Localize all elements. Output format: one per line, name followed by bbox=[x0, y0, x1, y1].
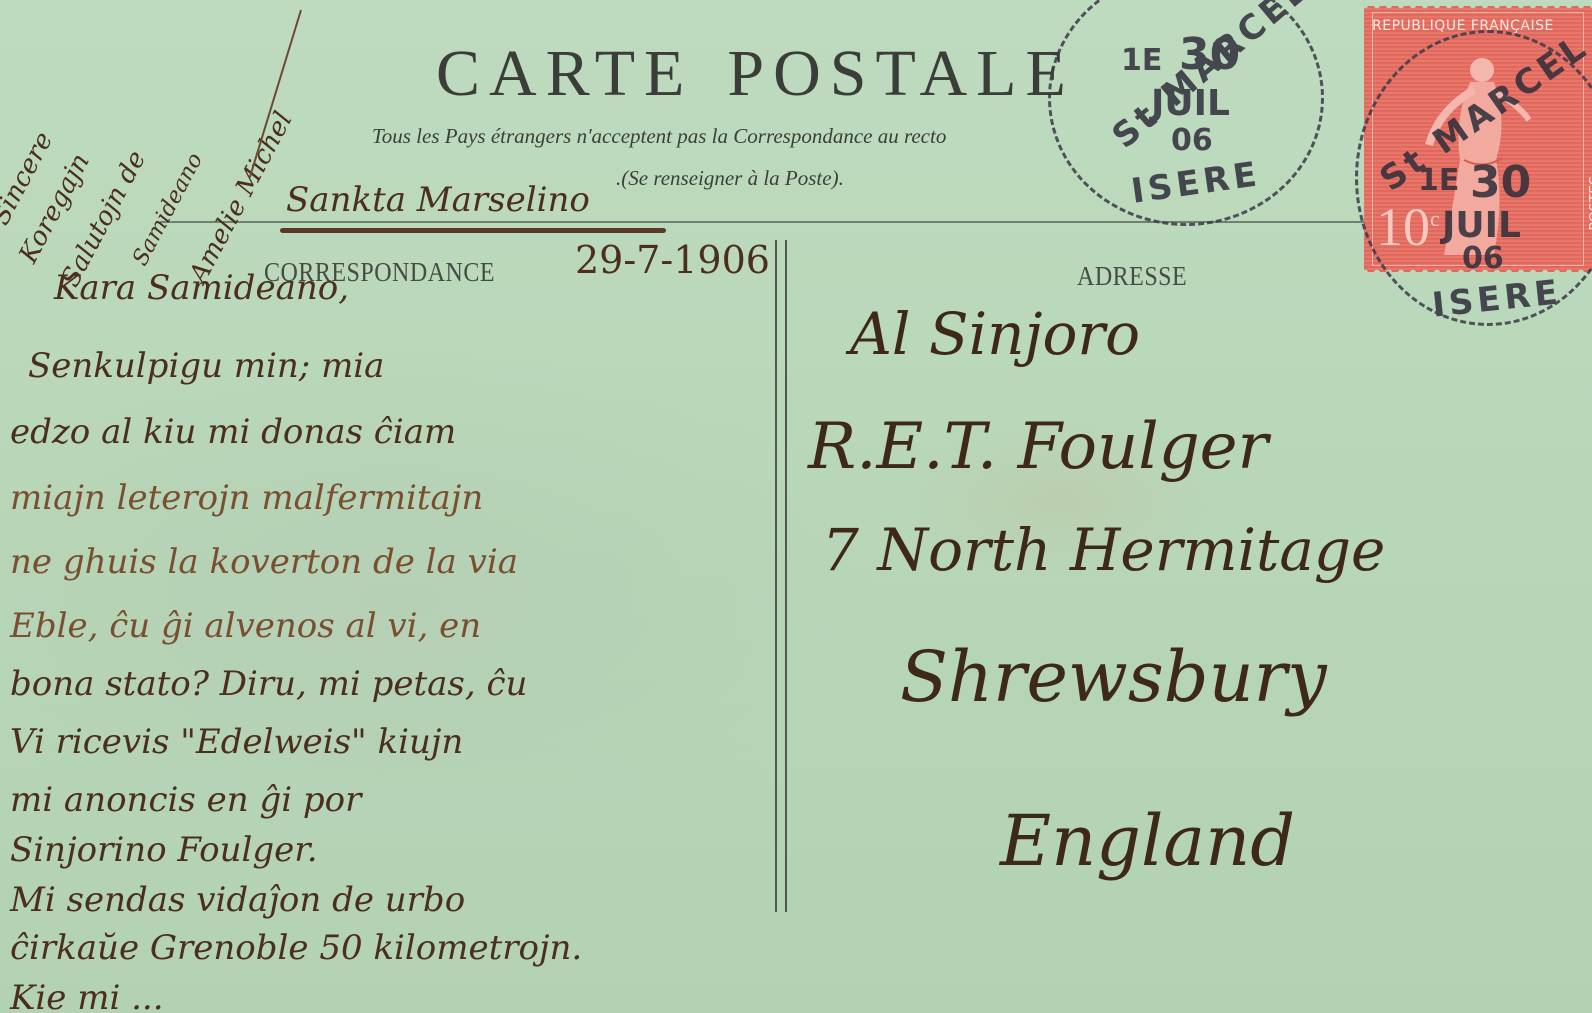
address-line-city: Shrewsbury bbox=[900, 636, 1327, 718]
postmark-year: 06 bbox=[1462, 241, 1504, 276]
address-line-salutation: Al Sinjoro bbox=[850, 300, 1140, 368]
postmark-ring-bottom: ISERE bbox=[1430, 272, 1563, 325]
title-carte: CARTE bbox=[436, 37, 693, 110]
message-line: Kie mi ... bbox=[10, 978, 164, 1013]
postmark-day: 30 bbox=[1470, 157, 1531, 208]
message-line: Senkulpigu min; mia bbox=[28, 346, 384, 386]
message-line: Eble, ĉu ĝi alvenos al vi, en bbox=[10, 606, 481, 646]
postmark-month: JUIL bbox=[1442, 205, 1521, 246]
message-line: bona stato? Diru, mi petas, ĉu bbox=[10, 664, 527, 704]
letter-date: 29-7-1906 bbox=[575, 238, 770, 282]
postmark-hour: 1E bbox=[1418, 163, 1459, 198]
address-line-name: R.E.T. Foulger bbox=[808, 410, 1268, 484]
message-line: mi anoncis en ĝi por bbox=[10, 780, 361, 820]
place-name: Sankta Marselino bbox=[286, 180, 590, 220]
postmark-ring-bottom: ISERE bbox=[1129, 154, 1263, 212]
postmark-year: 06 bbox=[1171, 123, 1213, 158]
column-divider-left bbox=[775, 240, 777, 912]
address-label: ADRESSE bbox=[1077, 262, 1187, 293]
message-line: miajn leterojn malfermitajn bbox=[10, 478, 483, 518]
foreign-notice-line2: .(Se renseigner à la Poste). bbox=[616, 166, 844, 191]
title-postale: POSTALE bbox=[727, 37, 1074, 110]
place-underline bbox=[280, 228, 666, 233]
address-line-country: England bbox=[1000, 800, 1295, 882]
message-line: Mi sendas vidaĵon de urbo bbox=[10, 880, 465, 920]
message-line: Kara Samideano, bbox=[54, 268, 349, 308]
postmark-hour: 1E bbox=[1121, 43, 1162, 78]
foreign-notice: Tous les Pays étrangers n'acceptent pas … bbox=[372, 124, 946, 149]
postcard-back: CARTEPOSTALE Tous les Pays étrangers n'a… bbox=[0, 0, 1592, 1013]
postmark-month: JUIL bbox=[1151, 83, 1230, 124]
message-line: edzo al kiu mi donas ĉiam bbox=[10, 412, 456, 452]
card-title: CARTEPOSTALE bbox=[436, 36, 1075, 112]
postmark-cancellation: St MARCEL-IN 1E 30 JUIL 06 ISERE bbox=[1048, 0, 1324, 226]
message-line: ne ghuis la koverton de la via bbox=[10, 542, 518, 582]
address-line-street: 7 North Hermitage bbox=[822, 516, 1385, 584]
message-line: Sinjorino Foulger. bbox=[10, 830, 318, 870]
message-line: ĉirkaŭe Grenoble 50 kilometrojn. bbox=[10, 928, 582, 968]
message-line: Vi ricevis "Edelweis" kiujn bbox=[10, 722, 463, 762]
column-divider-right bbox=[785, 240, 787, 912]
postmark-day: 30 bbox=[1179, 29, 1240, 80]
